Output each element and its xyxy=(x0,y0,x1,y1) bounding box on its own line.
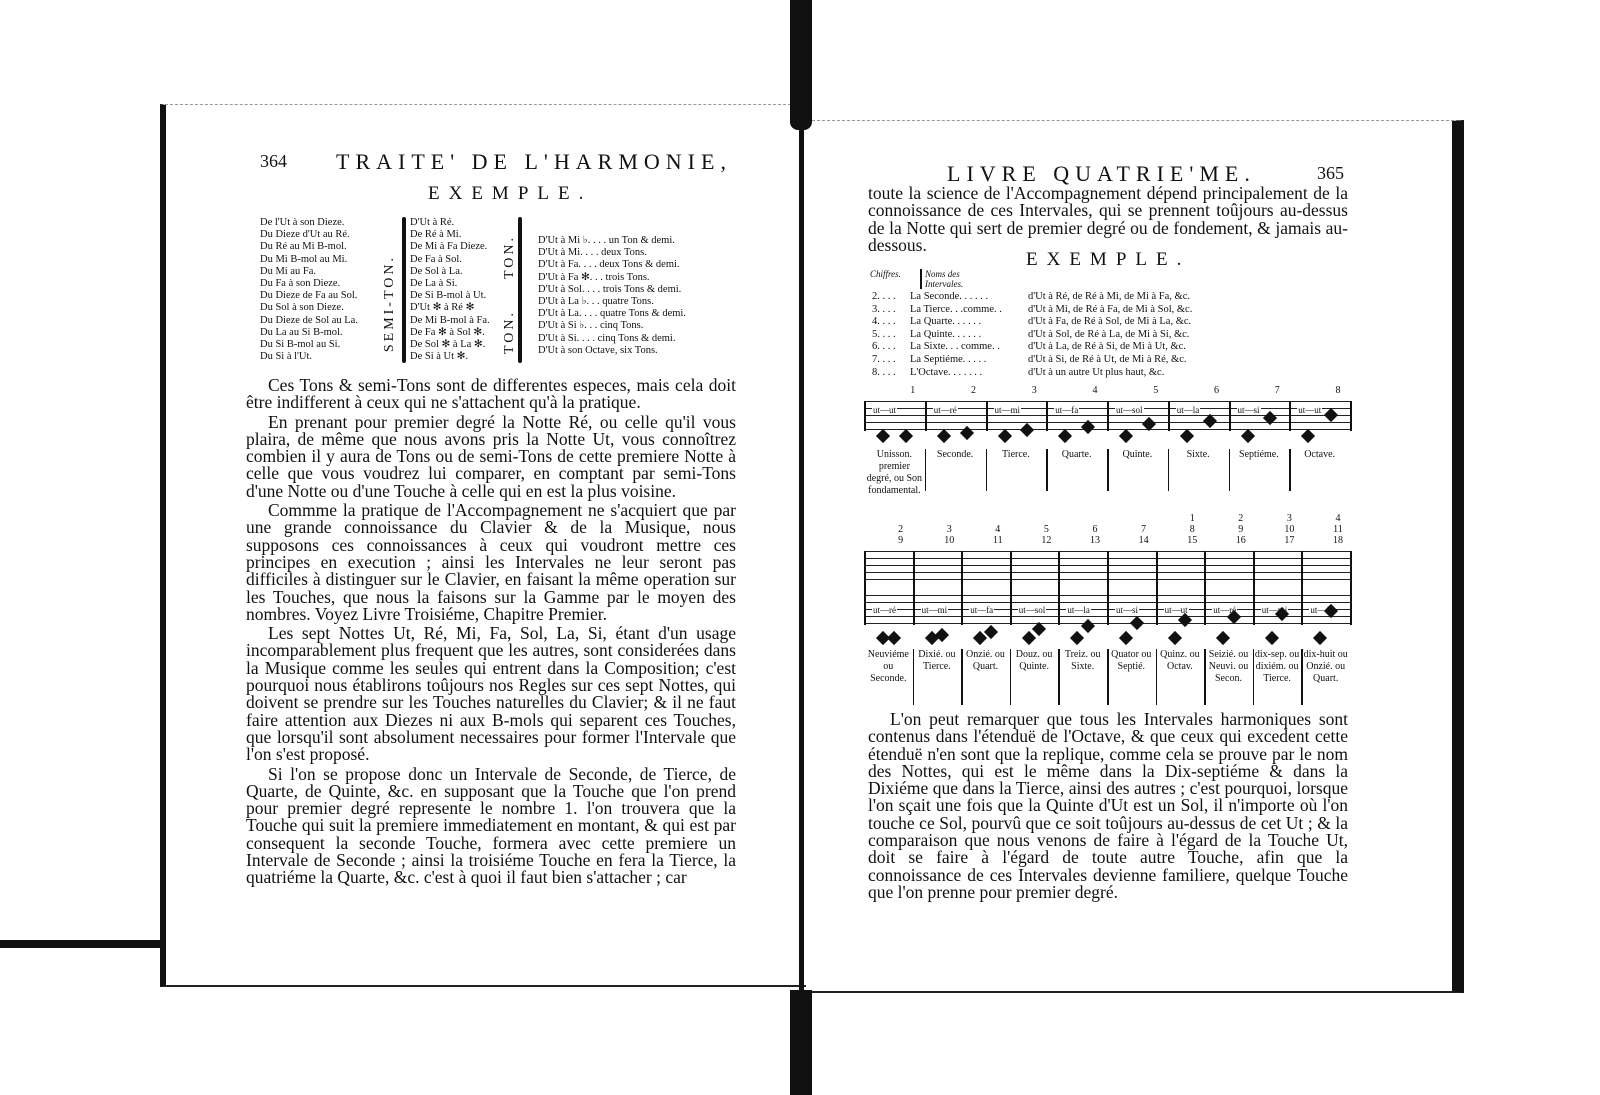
tone-item: De Fa ✻ à Sol ✻. xyxy=(410,327,490,339)
interval-number: 17 xyxy=(1279,535,1299,546)
spine-top xyxy=(790,0,812,130)
semitone-item: Du Si B-mol au Si. xyxy=(260,339,358,351)
table-cell-name: La Sixte. . . comme. . xyxy=(910,341,1028,354)
semitone-item: Du Fa à son Dieze. xyxy=(260,278,358,290)
interval-name-label: Tierce. xyxy=(988,449,1045,461)
note-head xyxy=(1202,414,1216,428)
interval-table: 2. . . .La Seconde. . . . . .d'Ut à Ré, … xyxy=(872,291,1192,379)
interval-item: D'Ut à son Octave, six Tons. xyxy=(538,345,686,357)
bar-line xyxy=(1350,551,1352,625)
label-separator xyxy=(1168,449,1170,491)
interval-name-label: Septiéme. xyxy=(1231,449,1288,461)
table-cell-num: 4. . . . xyxy=(872,316,910,329)
table-cell-name: La Quinte. . . . . . xyxy=(910,329,1028,342)
semitone-item: Du La au Si B-mol. xyxy=(260,327,358,339)
semitone-item: Du Ré au Mi B-mol. xyxy=(260,241,358,253)
interval-number: 1 xyxy=(903,385,923,396)
tone-item: De Mi B-mol à Fa. xyxy=(410,315,490,327)
tone-label-lower: TON. xyxy=(502,310,518,354)
label-separator xyxy=(986,449,988,491)
interval-name-label: dix-huit ou Onzié. ou Quart. xyxy=(1303,649,1348,685)
table-cell-name: La Seconde. . . . . . xyxy=(910,291,1028,304)
interval-item: D'Ut à Si. . . . cinq Tons & demi. xyxy=(538,333,686,345)
table-cell-num: 2. . . . xyxy=(872,291,910,304)
interval-number: 4 xyxy=(988,524,1008,535)
interval-name-label: Dixié. ou Tierce. xyxy=(915,649,960,673)
interval-name-label: Quinte. xyxy=(1109,449,1166,461)
staff-example-1: 1ut—utUnisson. premier degré, ou Son fon… xyxy=(864,383,1350,493)
book-spine xyxy=(790,0,812,1095)
table-cell-examples: d'Ut à Fa, de Ré à Sol, de Mi à La, &c. xyxy=(1028,316,1191,329)
left-body-text: Ces Tons & semi-Tons sont de differentes… xyxy=(246,377,736,889)
tone-item: De La à Si. xyxy=(410,278,490,290)
tone-label-upper: TON. xyxy=(502,235,518,279)
note-head xyxy=(1180,429,1194,443)
solfege-syllables: ut—ré xyxy=(872,605,897,615)
label-separator xyxy=(1156,649,1158,705)
note-head xyxy=(1265,631,1279,645)
interval-item: D'Ut à Si ♭. . . cinq Tons. xyxy=(538,320,686,332)
right-page-365: LIVRE QUATRIE'ME. 365 toute la science d… xyxy=(812,120,1464,993)
interval-name-label: Seizié. ou Neuvi. ou Secon. xyxy=(1206,649,1251,685)
table-row: 7. . . .La Septiéme. . . . .d'Ut à Si, d… xyxy=(872,354,1192,367)
interval-number: 1 xyxy=(1182,513,1202,524)
semitone-item: Du Mi B-mol au Mi. xyxy=(260,254,358,266)
solfege-syllables: ut—ut xyxy=(872,405,897,415)
note-head xyxy=(1240,429,1254,443)
interval-number: 16 xyxy=(1231,535,1251,546)
tone-item: De Ré à Mi. xyxy=(410,229,490,241)
solfege-syllables: ut—ut xyxy=(1297,405,1322,415)
note-head xyxy=(1130,616,1144,630)
bar-line xyxy=(864,401,866,431)
paragraph: Les sept Nottes Ut, Ré, Mi, Fa, Sol, La,… xyxy=(246,625,736,763)
interval-number: 5 xyxy=(1146,385,1166,396)
interval-name-label: dix-sep. ou dixiém. ou Tierce. xyxy=(1255,649,1300,685)
note-head xyxy=(997,429,1011,443)
label-separator xyxy=(1229,449,1231,491)
table-cell-examples: d'Ut à La, de Ré à Si, de Mi à Ut, &c. xyxy=(1028,341,1186,354)
spine-bottom xyxy=(790,990,812,1095)
bar-line xyxy=(1289,401,1291,431)
label-separator xyxy=(1046,449,1048,491)
exemple-heading: EXEMPLE. xyxy=(1026,249,1190,271)
note-head xyxy=(1301,429,1315,443)
table-cell-name: La Quarte. . . . . . xyxy=(910,316,1028,329)
interval-number: 11 xyxy=(988,535,1008,546)
spine-gutter xyxy=(799,120,804,1000)
solfege-syllables: ut—sol xyxy=(1115,405,1144,415)
table-cell-examples: d'Ut à un autre Ut plus haut, &c. xyxy=(1028,367,1164,380)
page-number: 365 xyxy=(1317,163,1344,184)
interval-number: 3 xyxy=(1279,513,1299,524)
closing-text: L'on peut remarquer que tous les Interva… xyxy=(868,711,1348,903)
interval-number: 10 xyxy=(1279,524,1299,535)
note-head xyxy=(1119,429,1133,443)
interval-item: D'Ut à Fa ✻. . . trois Tons. xyxy=(538,272,686,284)
label-separator xyxy=(1107,449,1109,491)
note-head xyxy=(937,429,951,443)
bar-line xyxy=(1046,401,1048,431)
bar-line xyxy=(961,551,963,625)
note-head xyxy=(1032,622,1046,636)
tone-bracket xyxy=(518,217,522,363)
semitone-item: Du Mi au Fa. xyxy=(260,266,358,278)
interval-number: 4 xyxy=(1085,385,1105,396)
interval-name-label: Quator ou Septié. xyxy=(1109,649,1154,673)
semitone-item: Du Sol à son Dieze. xyxy=(260,302,358,314)
interval-number: 2 xyxy=(891,524,911,535)
solfege-syllables: ut—la xyxy=(1066,605,1091,615)
interval-name-label: Quinz. ou Octav. xyxy=(1158,649,1203,673)
staff-example-2: 29ut—réNeuviéme ou Seconde.310ut—miDixié… xyxy=(864,511,1350,711)
table-row: 2. . . .La Seconde. . . . . .d'Ut à Ré, … xyxy=(872,291,1192,304)
table-row: 5. . . .La Quinte. . . . . .d'Ut à Sol, … xyxy=(872,329,1192,342)
note-head xyxy=(887,631,901,645)
tone-item: D'Ut ✻ à Ré ✻ xyxy=(410,302,490,314)
bar-line xyxy=(1350,401,1352,431)
bar-line xyxy=(1010,551,1012,625)
tone-item: De Sol à La. xyxy=(410,266,490,278)
table-cell-num: 8. . . . xyxy=(872,367,910,380)
bar-line xyxy=(1204,551,1206,625)
interval-number: 14 xyxy=(1134,535,1154,546)
tone-list: D'Ut à Ré.De Ré à Mi.De Mi à Fa Dieze.De… xyxy=(410,217,490,363)
left-page-364: 364 TRAITE' DE L'HARMONIE, EXEMPLE. De l… xyxy=(160,104,806,987)
bar-line xyxy=(1156,551,1158,625)
note-head xyxy=(1081,619,1095,633)
semitone-list: De l'Ut à son Dieze.Du Dieze d'Ut au Ré.… xyxy=(260,217,358,363)
label-separator xyxy=(1058,649,1060,705)
table-cell-num: 6. . . . xyxy=(872,341,910,354)
label-separator xyxy=(925,449,927,491)
note-head xyxy=(1324,408,1338,422)
table-row: 3. . . .La Tierce. . .comme. .d'Ut à Mi,… xyxy=(872,304,1192,317)
solfege-syllables: ut—si xyxy=(1115,605,1139,615)
interval-name-label: Neuviéme ou Seconde. xyxy=(866,649,911,685)
bar-line xyxy=(1107,551,1109,625)
label-separator xyxy=(1204,649,1206,705)
semitone-item: Du Si à l'Ut. xyxy=(260,351,358,363)
interval-name-label: Sixte. xyxy=(1170,449,1227,461)
interval-number: 9 xyxy=(1231,524,1251,535)
tone-item: De Si B-mol à Ut. xyxy=(410,290,490,302)
interval-number: 6 xyxy=(1085,524,1105,535)
bar-line xyxy=(1168,401,1170,431)
interval-item: D'Ut à Sol. . . . trois Tons & demi. xyxy=(538,284,686,296)
interval-number: 5 xyxy=(1036,524,1056,535)
interval-number: 2 xyxy=(964,385,984,396)
tone-item: De Mi à Fa Dieze. xyxy=(410,241,490,253)
label-separator xyxy=(1253,649,1255,705)
interval-number: 18 xyxy=(1328,535,1348,546)
bar-line xyxy=(864,551,866,625)
table-cell-name: La Tierce. . .comme. . xyxy=(910,304,1028,317)
interval-number: 15 xyxy=(1182,535,1202,546)
table-cell-examples: d'Ut à Mi, de Ré à Fa, de Mi à Sol, &c. xyxy=(1028,304,1192,317)
interval-item: D'Ut à Fa. . . . deux Tons & demi. xyxy=(538,259,686,271)
tone-item: D'Ut à Ré. xyxy=(410,217,490,229)
solfege-syllables: ut—ré xyxy=(933,405,958,415)
interval-number: 8 xyxy=(1328,385,1348,396)
table-cell-examples: d'Ut à Ré, de Ré à Mi, de Mi à Fa, &c. xyxy=(1028,291,1190,304)
label-separator xyxy=(1107,649,1109,705)
note-head xyxy=(899,429,913,443)
note-head xyxy=(935,628,949,642)
interval-item: D'Ut à La. . . . quatre Tons & demi. xyxy=(538,308,686,320)
note-head xyxy=(1216,631,1230,645)
table-header-names: Noms des Intervales. xyxy=(920,269,985,289)
interval-number: 4 xyxy=(1328,513,1348,524)
interval-item: D'Ut à La ♭. . . quatre Tons. xyxy=(538,296,686,308)
interval-number: 7 xyxy=(1267,385,1287,396)
note-head xyxy=(1119,631,1133,645)
table-cell-examples: d'Ut à Sol, de Ré à La, de Mi à Si, &c. xyxy=(1028,329,1189,342)
intro-text: toute la science de l'Accompagnement dép… xyxy=(868,185,1348,256)
interval-number: 7 xyxy=(1134,524,1154,535)
table-cell-num: 5. . . . xyxy=(872,329,910,342)
bar-line xyxy=(913,551,915,625)
table-cell-name: La Septiéme. . . . . xyxy=(910,354,1028,367)
paragraph: L'on peut remarquer que tous les Interva… xyxy=(868,711,1348,901)
label-separator xyxy=(1289,449,1291,491)
interval-name-label: Treiz. ou Sixte. xyxy=(1060,649,1105,673)
bar-line xyxy=(1253,551,1255,625)
semitone-item: Du Dieze de Sol au La. xyxy=(260,315,358,327)
table-row: 8. . . .L'Octave. . . . . . .d'Ut à un a… xyxy=(872,367,1192,380)
interval-number: 12 xyxy=(1036,535,1056,546)
interval-item: D'Ut à Mi. . . . deux Tons. xyxy=(538,247,686,259)
table-row: 6. . . .La Sixte. . . comme. .d'Ut à La,… xyxy=(872,341,1192,354)
label-separator xyxy=(1010,649,1012,705)
note-head xyxy=(1020,423,1034,437)
exemple-heading: EXEMPLE. xyxy=(428,183,592,205)
bar-line xyxy=(1301,551,1303,625)
tone-item: De Sol ✻ à La ✻. xyxy=(410,339,490,351)
table-header-figures: Chiffres. xyxy=(870,269,901,279)
interval-name-label: Seconde. xyxy=(927,449,984,461)
left-edge-ribbon xyxy=(0,940,160,948)
label-separator xyxy=(961,649,963,705)
interval-number: 6 xyxy=(1207,385,1227,396)
note-head xyxy=(1058,429,1072,443)
running-head: TRAITE' DE L'HARMONIE, xyxy=(336,149,732,175)
semitone-bracket xyxy=(402,217,406,363)
tone-item: De Si à Ut ✻. xyxy=(410,351,490,363)
intervals-from-ut-list: D'Ut à Mi ♭. . . . un Ton & demi.D'Ut à … xyxy=(538,235,686,357)
solfege-syllables: ut—fa xyxy=(969,605,994,615)
interval-name-label: Unisson. premier degré, ou Son fondament… xyxy=(866,449,923,497)
note-head xyxy=(1168,631,1182,645)
paragraph: toute la science de l'Accompagnement dép… xyxy=(868,185,1348,254)
table-cell-examples: d'Ut à Si, de Ré à Ut, de Mi à Ré, &c. xyxy=(1028,354,1186,367)
page-number: 364 xyxy=(260,151,287,172)
bar-line xyxy=(1229,401,1231,431)
interval-name-label: Douz. ou Quinte. xyxy=(1012,649,1057,673)
interval-name-label: Octave. xyxy=(1291,449,1348,461)
interval-number: 13 xyxy=(1085,535,1105,546)
solfege-syllables: ut—mi xyxy=(994,405,1022,415)
label-separator xyxy=(913,649,915,705)
solfege-syllables: ut—sol xyxy=(1018,605,1047,615)
table-cell-name: L'Octave. . . . . . . xyxy=(910,367,1028,380)
note-head xyxy=(1070,631,1084,645)
note-head xyxy=(1022,631,1036,645)
label-separator xyxy=(1301,649,1303,705)
interval-number: 3 xyxy=(1024,385,1044,396)
semitone-item: De l'Ut à son Dieze. xyxy=(260,217,358,229)
paragraph: Commme la pratique de l'Accompagnement n… xyxy=(246,502,736,623)
bar-line xyxy=(1107,401,1109,431)
bar-line xyxy=(986,401,988,431)
note-head xyxy=(876,429,890,443)
interval-number: 3 xyxy=(939,524,959,535)
interval-number: 8 xyxy=(1182,524,1202,535)
solfege-syllables: ut—mi xyxy=(921,605,949,615)
table-row: 4. . . .La Quarte. . . . . .d'Ut à Fa, d… xyxy=(872,316,1192,329)
solfege-syllables: ut—si xyxy=(1237,405,1261,415)
tone-item: De Fa à Sol. xyxy=(410,254,490,266)
bar-line xyxy=(1058,551,1060,625)
interval-name-label: Quarte. xyxy=(1048,449,1105,461)
bar-line xyxy=(925,401,927,431)
table-cell-num: 7. . . . xyxy=(872,354,910,367)
interval-name-label: Onzié. ou Quart. xyxy=(963,649,1008,673)
interval-number: 10 xyxy=(939,535,959,546)
semitone-item: Du Dieze de Fa au Sol. xyxy=(260,290,358,302)
semitone-item: Du Dieze d'Ut au Ré. xyxy=(260,229,358,241)
solfege-syllables: ut—la xyxy=(1176,405,1201,415)
solfege-syllables: ut—fa xyxy=(1054,405,1079,415)
table-cell-num: 3. . . . xyxy=(872,304,910,317)
interval-number: 11 xyxy=(1328,524,1348,535)
interval-number: 2 xyxy=(1231,513,1251,524)
paragraph: Si l'on se propose donc un Intervale de … xyxy=(246,766,736,887)
interval-item: D'Ut à Mi ♭. . . . un Ton & demi. xyxy=(538,235,686,247)
interval-number: 9 xyxy=(891,535,911,546)
note-head xyxy=(1313,631,1327,645)
paragraph: En prenant pour premier degré la Notte R… xyxy=(246,414,736,500)
semitone-label: SEMI-TON. xyxy=(382,255,398,352)
paragraph: Ces Tons & semi-Tons sont de differentes… xyxy=(246,377,736,412)
